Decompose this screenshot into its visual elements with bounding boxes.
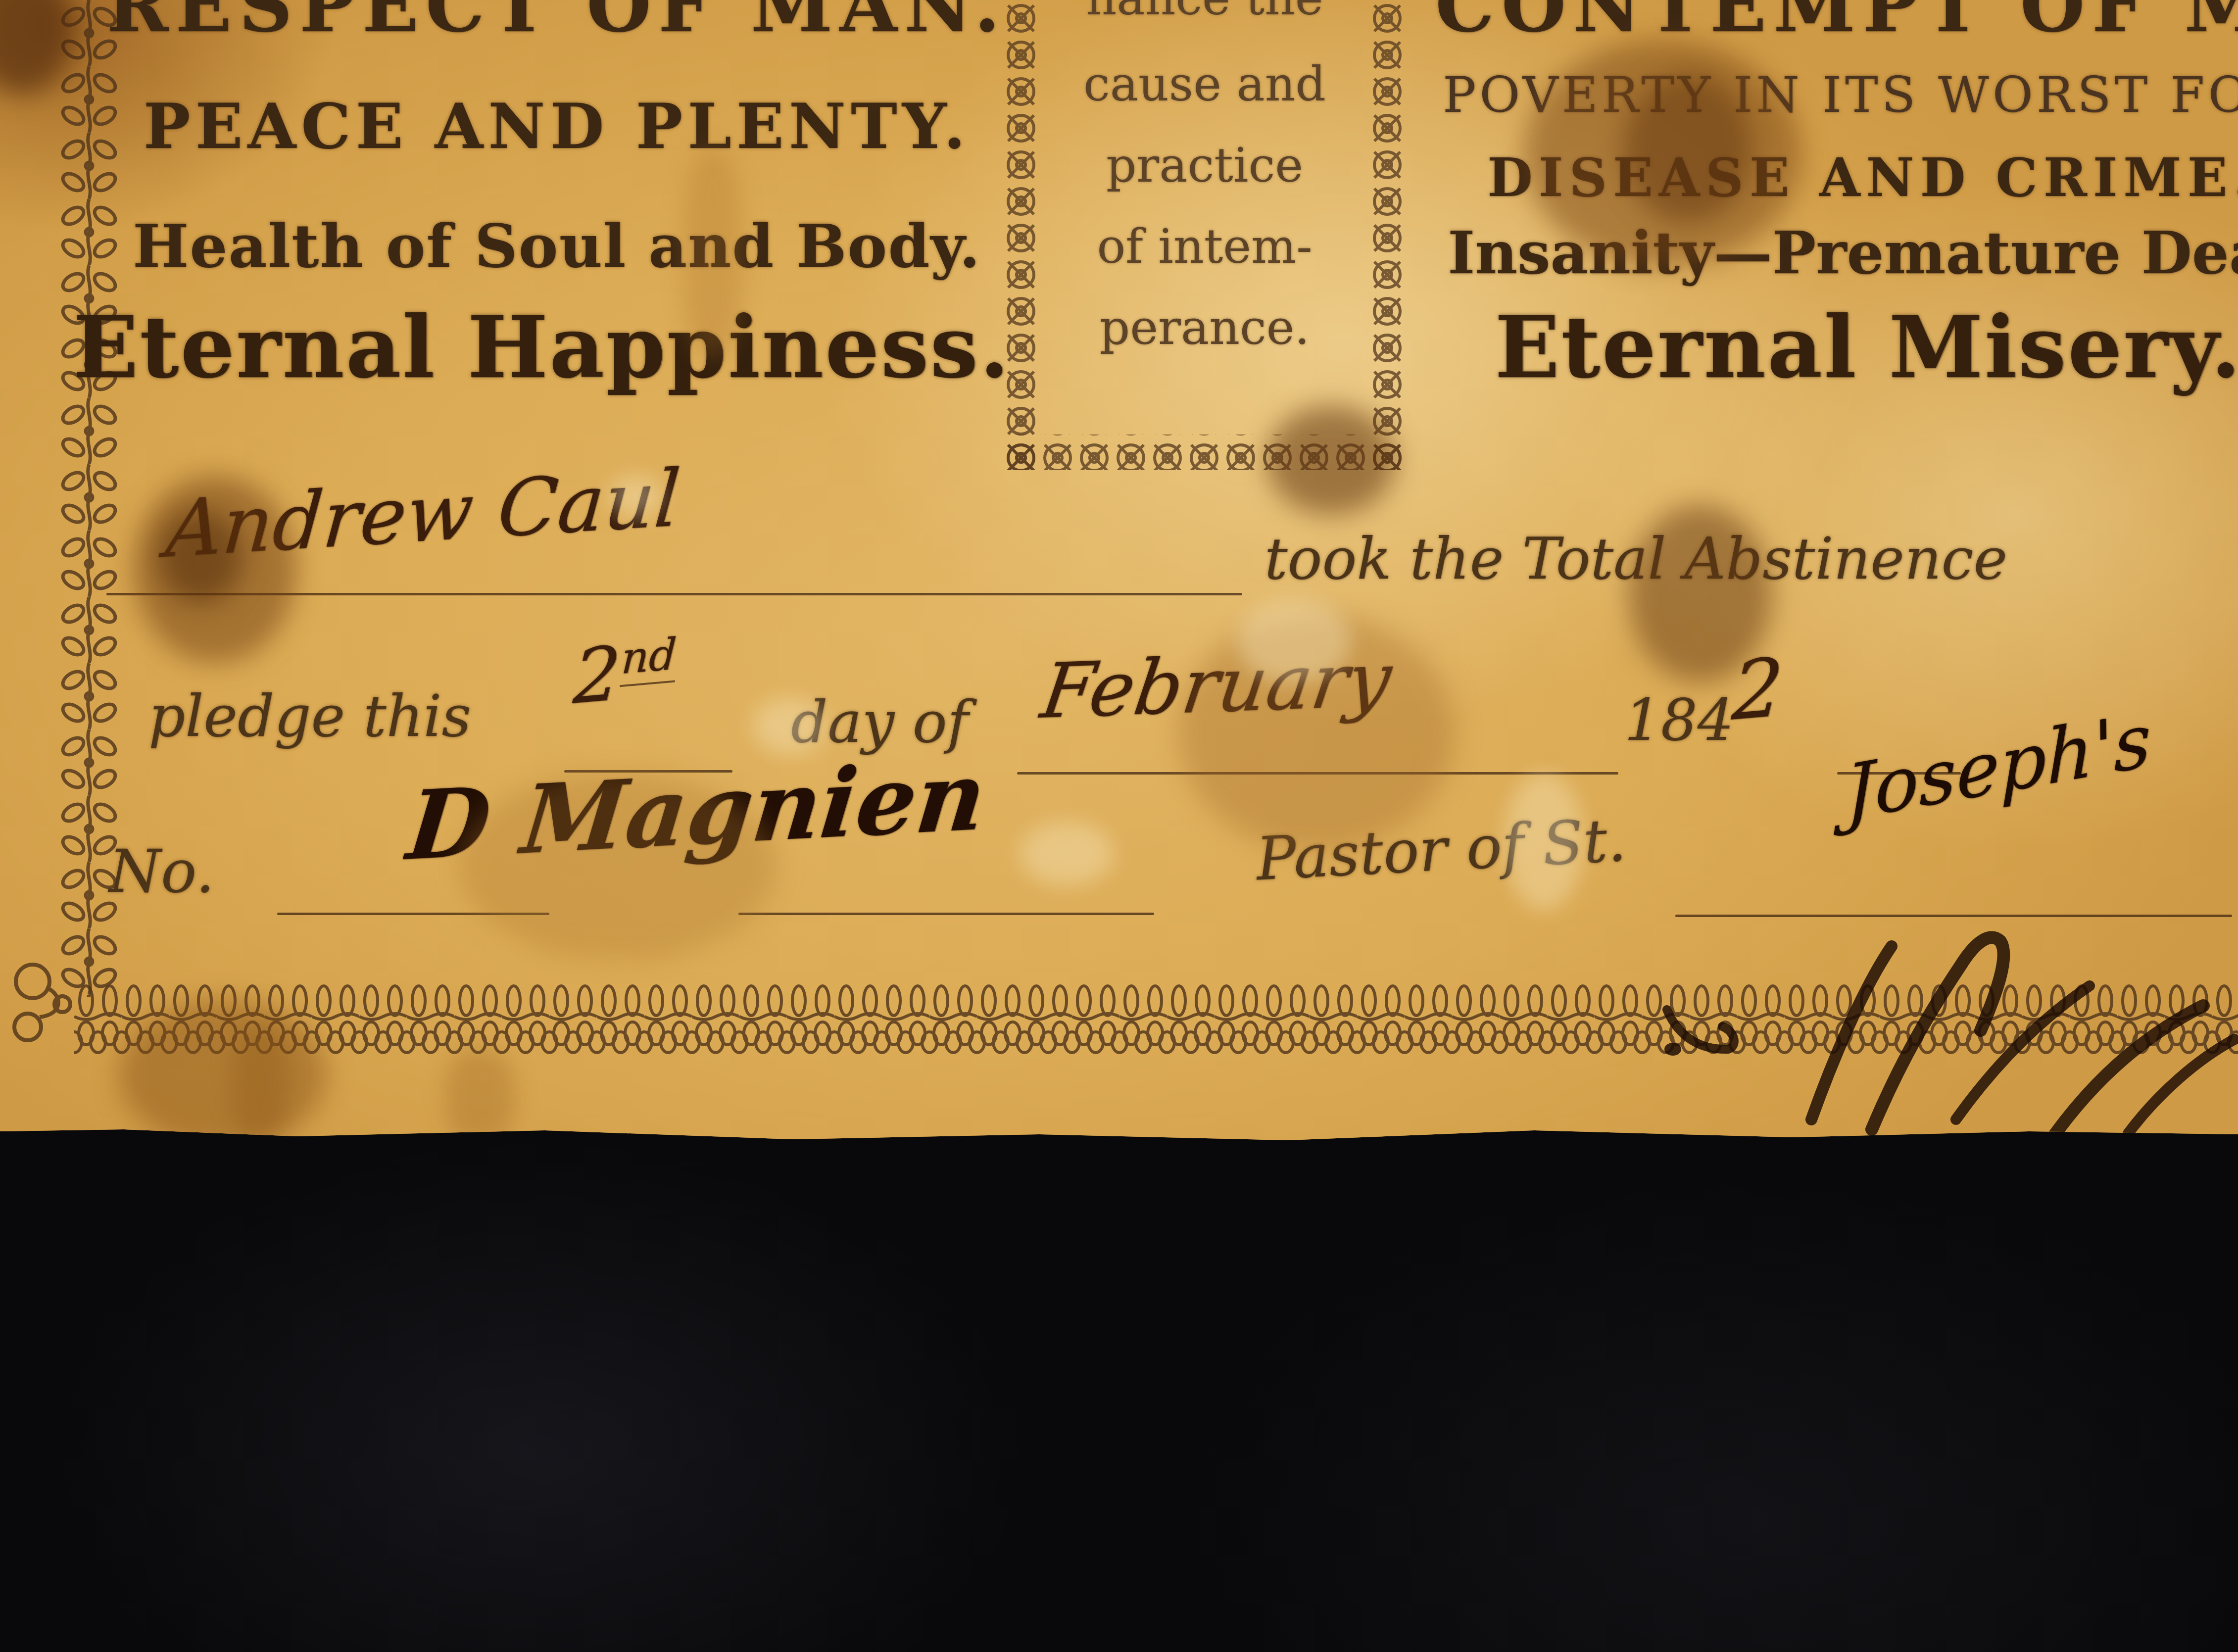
yellow-lint-speck [1516, 1484, 1590, 1573]
pledge-card: RESPECT OF MAN. PEACE AND PLENTY. Health… [0, 0, 2238, 1143]
photo-scene: RESPECT OF MAN. PEACE AND PLENTY. Health… [0, 0, 2238, 1652]
ink-scribble-mark [0, 0, 2238, 1143]
